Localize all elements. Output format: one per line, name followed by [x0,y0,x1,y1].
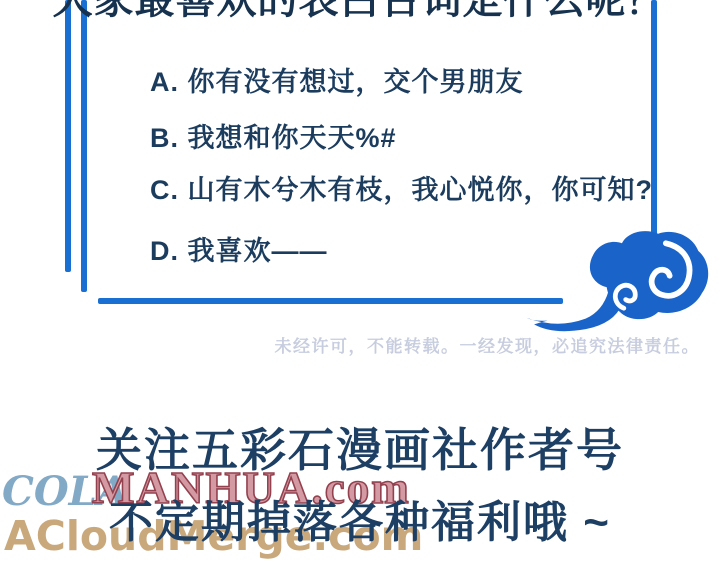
quiz-question-title: 大家最喜欢的表白台词是什么呢？ [0,0,720,22]
frame-right-line [651,0,657,247]
promo-line-1: 关注五彩石漫画社作者号 [0,414,720,480]
quiz-option-d: D. 我喜欢—— [150,229,328,268]
copyright-notice: 未经许可，不能转载。一经发现，必追究法律责任。 [0,332,700,357]
quiz-option-b: B. 我想和你天天%# [150,116,397,155]
frame-outer-left-line [65,0,71,272]
auspicious-cloud-icon [522,228,718,333]
frame-inner-left-line [81,0,87,292]
frame-bottom-line [98,298,563,304]
promo-line-2: 不定期掉落各种福利哦 ~ [0,486,720,550]
comic-page: 大家最喜欢的表白台词是什么呢？ A. 你有没有想过，交个男朋友 B. 我想和你天… [0,0,720,563]
quiz-option-a: A. 你有没有想过，交个男朋友 [150,60,524,99]
quiz-option-c: C. 山有木兮木有枝，我心悦你，你可知? [150,168,653,207]
